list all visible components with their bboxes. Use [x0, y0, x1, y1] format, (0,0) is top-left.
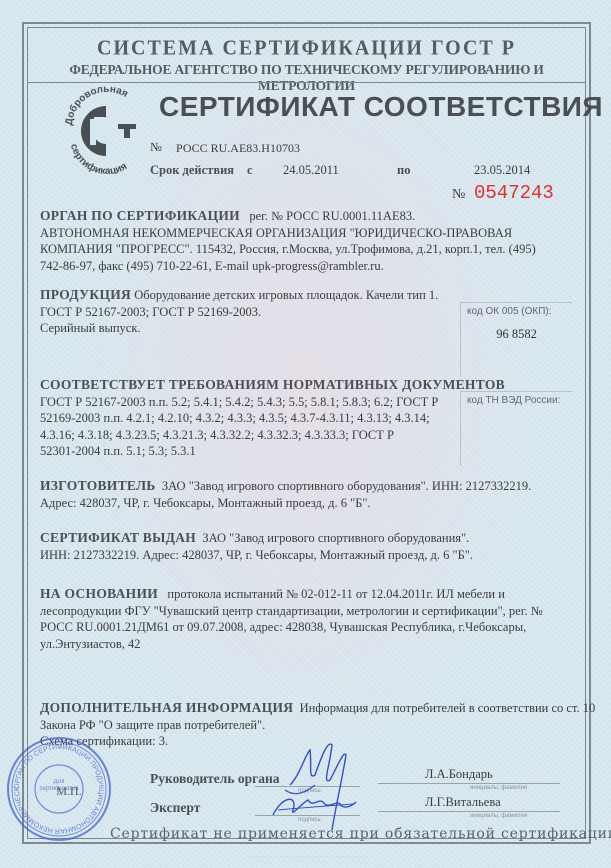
cert-body-reg: рег. № РОСС RU.0001.11АЕ83.: [249, 209, 415, 223]
validity-from-date: 24.05.2011: [283, 163, 339, 178]
serial-number: 0547243: [474, 182, 554, 204]
head-name-caption: инициалы, фамилия: [470, 785, 527, 791]
svg-text:М.П.: М.П.: [56, 784, 81, 798]
okp-value: 96 8582: [461, 327, 572, 342]
section-cert-body: ОРГАН ПО СЕРТИФИКАЦИИ рег. № РОСС RU.000…: [40, 208, 536, 274]
section-basis: НА ОСНОВАНИИ протокола испытаний № 02-01…: [40, 586, 543, 652]
basis-line: протокола испытаний № 02-012-11 от 12.04…: [167, 587, 504, 601]
validity-to-date: 23.05.2014: [474, 163, 530, 178]
rst-logo-icon: Добровольная сертификация: [62, 86, 150, 174]
expert-label: Эксперт: [150, 800, 200, 816]
official-stamp-icon: ОРГАН ПО СЕРТИФИКАЦИИ ПРОДУКЦИИ АВТОНОМН…: [5, 735, 113, 843]
cert-no-label: №: [150, 140, 162, 155]
okp-label: код ОК 005 (ОКП):: [461, 303, 572, 317]
conformity-line: 52169-2003 п.п. 4.2.1; 4.2.10; 4.3.2; 4.…: [40, 410, 505, 427]
manufacturer-line: ЗАО "Завод игрового спортивного оборудов…: [162, 479, 531, 493]
expert-signature-icon: [268, 790, 358, 820]
conformity-line: 4.3.16; 4.3.18; 4.3.23.5; 4.3.21.3; 4.3.…: [40, 427, 505, 444]
product-line: Серийный выпуск.: [40, 320, 438, 337]
header-divider: [27, 82, 586, 83]
issued-to-line: ЗАО "Завод игрового спортивного оборудов…: [202, 531, 469, 545]
basis-line: РОСС RU.0001.21ДМ61 от 09.07.2008, адрес…: [40, 619, 543, 636]
head-name-line: [378, 783, 560, 784]
manufacturer-heading: ИЗГОТОВИТЕЛЬ: [40, 478, 156, 493]
tnved-label: код ТН ВЭД России:: [461, 392, 572, 406]
section-manufacturer: ИЗГОТОВИТЕЛЬ ЗАО "Завод игрового спортив…: [40, 478, 531, 511]
tnved-code-box: код ТН ВЭД России:: [460, 391, 572, 466]
expert-name-line: [378, 811, 560, 812]
cert-body-line: АВТОНОМНАЯ НЕКОММЕРЧЕСКАЯ ОРГАНИЗАЦИЯ "Ю…: [40, 225, 536, 242]
system-heading: СИСТЕМА СЕРТИФИКАЦИИ ГОСТ Р: [27, 36, 586, 60]
additional-line: Закона РФ "О защите прав потребителей".: [40, 717, 595, 734]
cert-number: РОСС RU.AE83.H10703: [176, 141, 300, 156]
validity-label: Срок действия: [150, 163, 234, 178]
validity-from-label: с: [247, 163, 253, 178]
basis-heading: НА ОСНОВАНИИ: [40, 586, 158, 601]
product-heading: ПРОДУКЦИЯ: [40, 287, 131, 302]
basis-line: ул.Энтузиастов, 42: [40, 636, 543, 653]
issued-to-heading: СЕРТИФИКАТ ВЫДАН: [40, 530, 196, 545]
expert-name: Л.Г.Витальева: [425, 795, 501, 810]
additional-heading: ДОПОЛНИТЕЛЬНАЯ ИНФОРМАЦИЯ: [40, 700, 293, 715]
document-title: СЕРТИФИКАТ СООТВЕТСТВИЯ: [159, 91, 603, 123]
okp-code-box: код ОК 005 (ОКП): 96 8582: [460, 302, 572, 377]
cert-body-heading: ОРГАН ПО СЕРТИФИКАЦИИ: [40, 208, 240, 223]
product-line: ГОСТ Р 52167-2003; ГОСТ Р 52169-2003.: [40, 304, 438, 321]
section-issued-to: СЕРТИФИКАТ ВЫДАН ЗАО "Завод игрового спо…: [40, 530, 473, 563]
product-line: Оборудование детских игровых площадок. К…: [134, 288, 438, 302]
head-name: Л.А.Бондарь: [425, 767, 493, 782]
conformity-line: 52301-2004 п.п. 5.1; 5.3; 5.3.1: [40, 443, 505, 460]
printer-note: · · · · · · · · · · · · · · · · · · · · …: [150, 855, 461, 859]
manufacturer-line: Адрес: 428037, ЧР, г. Чебоксары, Монтажн…: [40, 495, 531, 512]
section-conformity: СООТВЕТСТВУЕТ ТРЕБОВАНИЯМ НОРМАТИВНЫХ ДО…: [40, 377, 505, 460]
expert-name-caption: инициалы, фамилия: [470, 813, 527, 819]
cert-body-line: 742-86-97, факс (495) 710-22-61, E-mail …: [40, 258, 536, 275]
basis-line: лесопродукции ФГУ "Чувашский центр станд…: [40, 603, 543, 620]
issued-to-line: ИНН: 2127332219. Адрес: 428037, ЧР, г. Ч…: [40, 547, 473, 564]
conformity-heading: СООТВЕТСТВУЕТ ТРЕБОВАНИЯМ НОРМАТИВНЫХ ДО…: [40, 377, 505, 394]
section-product: ПРОДУКЦИЯ Оборудование детских игровых п…: [40, 287, 438, 337]
additional-line: Информация для потребителей в соответств…: [300, 701, 596, 715]
cert-body-line: КОМПАНИЯ "ПРОГРЕСС". 115432, Россия, г.М…: [40, 241, 536, 258]
conformity-line: ГОСТ Р 52167-2003 п.п. 5.2; 5.4.1; 5.4.2…: [40, 394, 505, 411]
validity-to-label: по: [397, 163, 410, 178]
serial-no-label: №: [452, 187, 465, 203]
